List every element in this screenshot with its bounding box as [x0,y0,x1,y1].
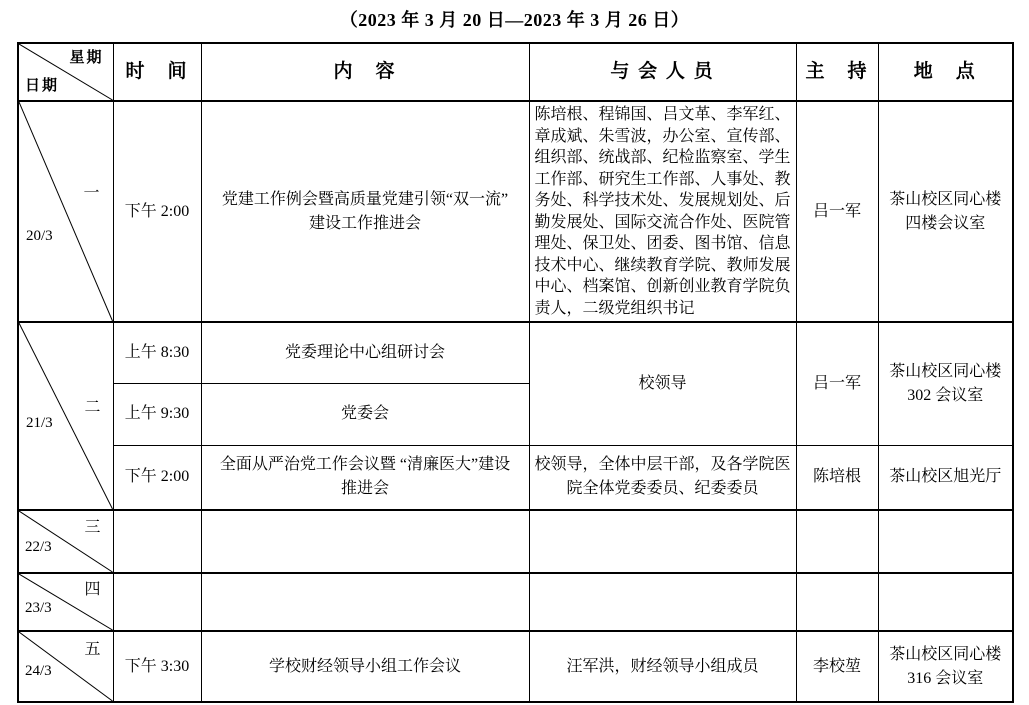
location-cell: 茶山校区旭光厅 [878,445,1013,510]
content-cell: 党委理论中心组研讨会 [201,322,529,383]
location-cell: 茶山校区同心楼 302 会议室 [878,322,1013,445]
row-thursday: 四 23/3 [18,573,1013,631]
host-cell: 李校堃 [796,631,878,702]
location-cell: 茶山校区同心楼 316 会议室 [878,631,1013,702]
row-tuesday-1: 二 21/3 上午 8:30 党委理论中心组研讨会 校领导 吕一军 茶山校区同心… [18,322,1013,383]
empty-cell [113,510,201,573]
participants-cell: 汪军洪，财经领导小组成员 [529,631,796,702]
content-cell: 党委会 [201,383,529,445]
empty-cell [878,510,1013,573]
date-label: 20/3 [26,227,53,245]
header-host: 主 持 [796,43,878,101]
row-friday: 五 24/3 下午 3:30 学校财经领导小组工作会议 汪军洪，财经领导小组成员… [18,631,1013,702]
row-tuesday-3: 下午 2:00 全面从严治党工作会议暨 “清廉医大”建设 推进会 校领导，全体中… [18,445,1013,510]
participants-cell: 陈培根、程锦国、吕文革、李军红、章成斌、朱雪波，办公室、宣传部、组织部、统战部、… [529,101,796,322]
date-cell-monday: 一 20/3 [18,101,113,322]
time-cell: 上午 8:30 [113,322,201,383]
host-cell: 吕一军 [796,322,878,445]
page-title: （2023 年 3 月 20 日—2023 年 3 月 26 日） [0,0,1029,36]
location-cell: 茶山校区同心楼 四楼会议室 [878,101,1013,322]
participants-cell: 校领导 [529,322,796,445]
weekday-label: 一 [83,185,99,203]
time-cell: 下午 2:00 [113,101,201,322]
header-row: 星期 日期 时 间 内 容 与 会 人 员 主 持 地 点 [18,43,1013,101]
weekday-label: 四 [84,581,100,599]
row-monday: 一 20/3 下午 2:00 党建工作例会暨高质量党建引领“双一流” 建设工作推… [18,101,1013,322]
empty-cell [529,510,796,573]
empty-cell [113,573,201,631]
date-cell-friday: 五 24/3 [18,631,113,702]
time-cell: 下午 2:00 [113,445,201,510]
empty-cell [201,573,529,631]
date-cell-wednesday: 三 22/3 [18,510,113,573]
empty-cell [529,573,796,631]
empty-cell [878,573,1013,631]
date-label: 22/3 [25,538,52,556]
header-time: 时 间 [113,43,201,101]
weekday-label: 三 [84,519,100,537]
host-cell: 吕一军 [796,101,878,322]
participants-cell: 校领导，全体中层干部，及各学院医 院全体党委委员、纪委委员 [529,445,796,510]
content-cell: 全面从严治党工作会议暨 “清廉医大”建设 推进会 [201,445,529,510]
weekday-label: 五 [84,641,100,659]
header-location: 地 点 [878,43,1013,101]
header-content: 内 容 [201,43,529,101]
row-wednesday: 三 22/3 [18,510,1013,573]
time-cell: 下午 3:30 [113,631,201,702]
empty-cell [796,510,878,573]
host-cell: 陈培根 [796,445,878,510]
header-week-label: 星期 [69,49,103,67]
date-cell-thursday: 四 23/3 [18,573,113,631]
diagonal-line [19,102,113,321]
date-cell-tuesday: 二 21/3 [18,322,113,510]
weekday-label: 二 [84,399,100,417]
empty-cell [201,510,529,573]
date-label: 21/3 [26,414,53,432]
content-cell: 党建工作例会暨高质量党建引领“双一流” 建设工作推进会 [201,101,529,322]
empty-cell [796,573,878,631]
content-cell: 学校财经领导小组工作会议 [201,631,529,702]
header-date-week-cell: 星期 日期 [18,43,113,101]
header-date-label: 日期 [25,77,59,95]
date-label: 24/3 [25,662,52,680]
header-participants: 与 会 人 员 [529,43,796,101]
schedule-table: 星期 日期 时 间 内 容 与 会 人 员 主 持 地 点 一 20/3 下午 … [17,42,1014,703]
time-cell: 上午 9:30 [113,383,201,445]
date-label: 23/3 [25,599,52,617]
